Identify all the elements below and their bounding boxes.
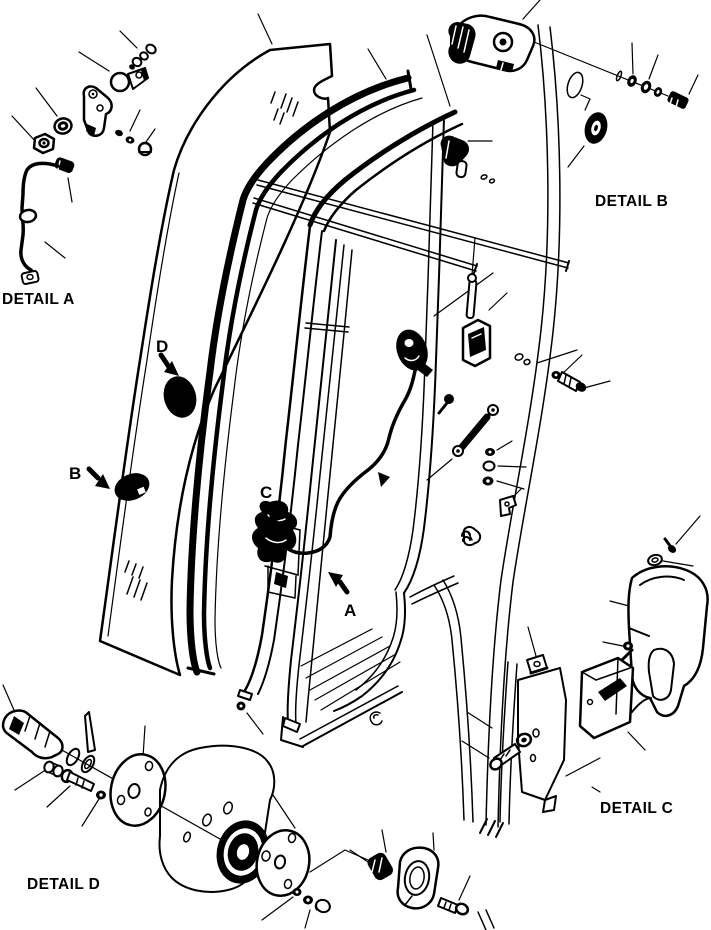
handle-bolt xyxy=(439,394,454,413)
detail-c-label: DETAIL C xyxy=(600,800,673,817)
hinge-washers xyxy=(625,74,663,99)
pointer-spike xyxy=(85,712,95,752)
small-nut xyxy=(114,129,124,137)
lock-knob xyxy=(3,711,62,759)
striker-washers xyxy=(514,353,530,366)
pulley-washers xyxy=(293,888,314,905)
exploded-parts-diagram: DETAIL A DETAIL B xyxy=(0,0,711,930)
clamp-bracket xyxy=(111,68,148,91)
weatherstrip-top-cap xyxy=(408,71,411,89)
grommet-link-line xyxy=(581,95,590,110)
axis-link-line xyxy=(310,850,368,872)
handle-bezel xyxy=(398,848,439,909)
inner-handle xyxy=(391,325,434,377)
panel-curl-mark xyxy=(370,712,382,725)
square-nut xyxy=(527,655,547,673)
crank-knob xyxy=(365,851,395,883)
frame-small-holes xyxy=(480,174,494,183)
callout-letter-a: A xyxy=(344,601,356,620)
detail-a-assembly: DETAIL A xyxy=(2,43,157,308)
doorframe-foot-nut xyxy=(237,702,246,711)
callout-letter-c: C xyxy=(260,483,272,502)
lock-block xyxy=(580,658,633,738)
callout-letter-b: B xyxy=(69,464,81,483)
cover-washer xyxy=(647,553,663,566)
lock-cover xyxy=(620,566,708,716)
frame-capsule-part xyxy=(456,161,467,178)
mounting-bolt xyxy=(128,43,157,71)
callout-arrow-a xyxy=(328,572,347,592)
side-bolt xyxy=(552,371,589,394)
striker-block xyxy=(463,320,490,366)
grommet-ring xyxy=(581,110,611,147)
cap xyxy=(139,143,151,155)
detail-b-assembly: DETAIL B xyxy=(448,16,689,210)
diagram-page: DETAIL A DETAIL B xyxy=(0,0,711,930)
flange-nut xyxy=(96,791,106,800)
strut-washer-stack xyxy=(483,448,496,486)
callout-arrow-b xyxy=(89,469,110,489)
flanged-washer xyxy=(53,117,73,136)
cover-screw xyxy=(665,539,678,555)
hinge-arm xyxy=(448,16,534,72)
cable-clip xyxy=(378,472,390,487)
cab-sill-hatches xyxy=(478,819,503,930)
cab-sill-curves xyxy=(410,576,473,822)
rod-foot xyxy=(21,270,39,284)
lever-bracket xyxy=(84,86,112,136)
detail-d-assembly: DETAIL D xyxy=(3,711,470,917)
detail-d-label: DETAIL D xyxy=(27,876,100,893)
flange-bolt xyxy=(60,768,94,791)
guide-pin xyxy=(466,274,476,318)
detail-b-label: DETAIL B xyxy=(595,193,668,210)
end-cap xyxy=(314,898,331,914)
angle-bracket xyxy=(500,496,516,516)
hinge-bolt xyxy=(666,90,689,110)
hex-nut xyxy=(34,134,54,153)
detail-a-label: DETAIL A xyxy=(2,291,75,308)
bezel-bolt xyxy=(438,898,470,916)
small-washer xyxy=(125,135,136,145)
flange-plate-1 xyxy=(104,749,172,831)
